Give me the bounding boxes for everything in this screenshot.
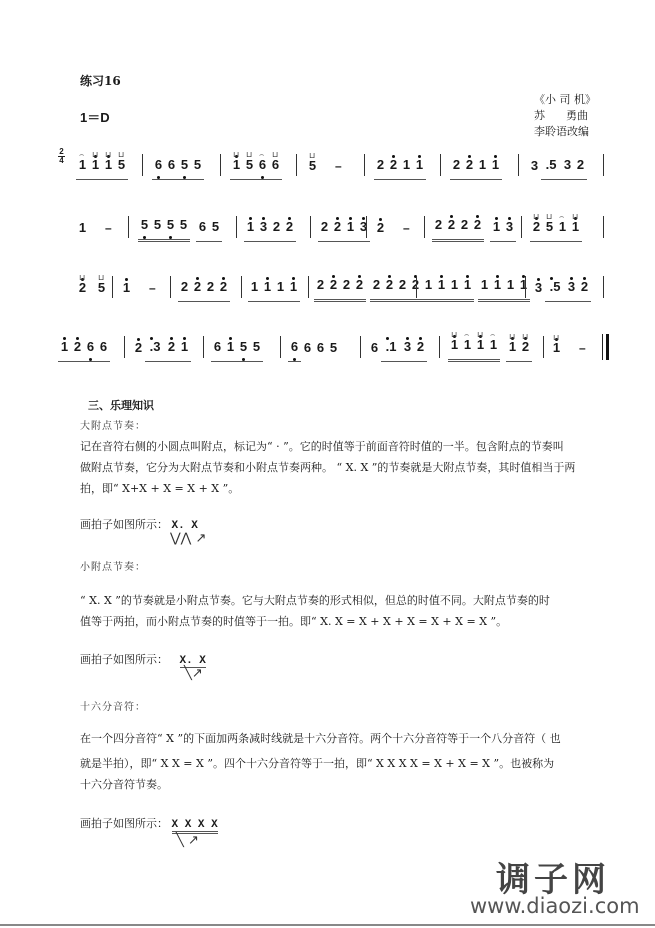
beat-strokes-icon: ⋁⋀ ↗ <box>170 531 206 546</box>
final-barline <box>602 334 610 360</box>
arranger: 李聆语改编 <box>534 124 596 140</box>
paragraph-line: 十六分音符节奏。 <box>80 774 620 795</box>
section-heading: 三、乐理知识 <box>88 397 154 413</box>
measure: 1– <box>76 202 112 242</box>
beat-notes: X X X X <box>172 819 218 834</box>
measure: ⊔1⌢1⊔1⌢1⊔1⊔2 <box>448 322 532 362</box>
measure: ⊔1– <box>550 322 586 362</box>
measure: 2213 <box>318 202 370 242</box>
measure: 22222222 <box>314 262 422 302</box>
exercise-title: 练习16 <box>80 72 121 89</box>
score-line-1: 24 ⌢1⊔1⊔1⊔5 6655 ⊔1⊔5⌢6⊔6 ⊔5– 2211 2211 … <box>58 140 618 180</box>
paragraph-line: 记在音符右侧的小圆点叫附点，标记为“ · ”。它的时值等于前面音符时值的一半。包… <box>80 436 620 457</box>
composer: 苏 勇曲 <box>534 108 596 124</box>
measure: 6655 <box>152 140 204 180</box>
measure: 6.132 <box>368 322 427 362</box>
score-line-2: 1– 555565 1322 2213 2– 222213 ⊔2⊔5⌢1⊔1 <box>58 202 618 242</box>
measure: 6665 <box>288 322 340 362</box>
beat-strokes-icon: ╲ ↗ <box>176 833 199 848</box>
score-line-4: 1266 2.321 6155 6665 6.132 ⊔1⌢1⊔1⌢1⊔1⊔2 … <box>58 322 618 362</box>
paragraph-line: “ X. X ”的节奏就是小附点节奏。它与大附点节奏的形式相似，但总的时值不同。… <box>80 590 620 611</box>
beat-diagram-small-dotted: 画拍子如图所示： X. X <box>80 651 206 667</box>
key-signature: 1＝D <box>80 107 110 126</box>
measure: 2211 <box>374 140 426 180</box>
song-title: 《小 司 机》 <box>534 92 596 108</box>
measure: 2– <box>374 202 410 242</box>
measure: ⊔5– <box>306 140 342 180</box>
measure: 1266 <box>58 322 110 362</box>
paragraph-line: 做附点节奏，它分为大附点节奏和小附点节奏两种。 “ X. X ”的节奏就是大附点… <box>80 457 620 478</box>
paragraph-line: 在一个四分音符“ X ”的下面加两条减时线就是十六分音符。两个十六分音符等于一个… <box>80 728 620 749</box>
measure: 555565 <box>138 202 222 242</box>
time-signature: 24 <box>58 148 65 165</box>
beat-label: 画拍子如图所示： <box>80 817 168 830</box>
subheading-dotted: 大附点节奏： <box>80 417 146 432</box>
measure: ⌢1⊔1⊔1⊔5 <box>76 140 128 180</box>
paragraph-line: 值等于两拍，而小附点节奏的时值等于一拍。即“ X. X = X + X + X … <box>80 611 620 632</box>
measure: ⊔2⊔5⌢1⊔1 <box>530 202 582 242</box>
beat-diagram-sixteenth: 画拍子如图所示： X X X X <box>80 815 218 831</box>
measure: 1– <box>120 262 156 302</box>
measure: 3.532 <box>532 262 591 302</box>
song-credits: 《小 司 机》 苏 勇曲 李聆语改编 <box>534 92 596 140</box>
measure: 3.532 <box>528 140 587 180</box>
measure: 2211 <box>450 140 502 180</box>
beat-diagram-dotted: 画拍子如图所示： X. X <box>80 516 198 532</box>
measure: 222213 <box>432 202 516 242</box>
measure: 6155 <box>211 322 263 362</box>
score-line-3: ⊔2⊔5 1– 2222 1111 22222222 11111111 3.53… <box>58 262 618 302</box>
paragraph-line: 就是半拍），即“ X X = X ”。四个十六分音符等于一拍，即“ X X X … <box>80 753 620 774</box>
paragraph-line: 拍，即“ X+X + X = X + X ”。 <box>80 478 620 499</box>
measure: 11111111 <box>422 262 530 302</box>
paragraph-sixteenth: 在一个四分音符“ X ”的下面加两条减时线就是十六分音符。两个十六分音符等于一个… <box>80 728 620 795</box>
measure: ⊔1⊔5⌢6⊔6 <box>230 140 282 180</box>
paragraph-dotted: 记在音符右侧的小圆点叫附点，标记为“ · ”。它的时值等于前面音符时值的一半。包… <box>80 436 620 499</box>
subheading-small-dotted: 小附点节奏： <box>80 558 146 573</box>
page-divider <box>0 924 655 926</box>
subheading-sixteenth: 十六分音符： <box>80 698 146 713</box>
measure: 2222 <box>178 262 230 302</box>
measure: 1322 <box>244 202 296 242</box>
watermark-url: www.diaozi.com <box>470 894 640 918</box>
measure: 2.321 <box>132 322 191 362</box>
measure: ⊔2⊔5 <box>76 262 108 302</box>
paragraph-small-dotted: “ X. X ”的节奏就是小附点节奏。它与大附点节奏的形式相似，但总的时值不同。… <box>80 590 620 632</box>
beat-label: 画拍子如图所示： <box>80 653 168 666</box>
beat-strokes-icon: ╲↗ <box>184 666 203 681</box>
measure: 1111 <box>248 262 300 302</box>
beat-label: 画拍子如图所示： <box>80 518 168 531</box>
